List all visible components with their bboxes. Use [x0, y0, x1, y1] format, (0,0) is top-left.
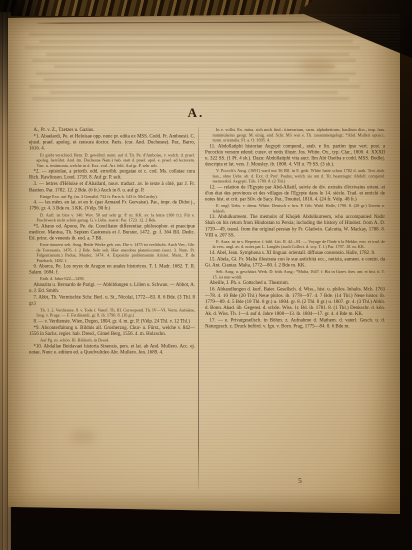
section-heading: A.: [0, 105, 392, 121]
note-paragraph: In e. vollst. Ex. müss. sich noch find.:…: [213, 127, 386, 143]
entry-paragraph: 4. — les mêm. en lat. et en fr. (par Arm…: [29, 200, 195, 212]
note-paragraph: Enth. d. Jahre 622—1458.: [37, 276, 196, 281]
entry-paragraph: 15. Abela, Gi. Fr. Malta illustrata con …: [205, 257, 385, 269]
entry-paragraph: *2. — epistolae, a priorib. edd. errorib…: [29, 169, 195, 181]
column-divider-rule: [198, 127, 199, 489]
entry-paragraph: Abeille, J. Ph. s. Gottsched u. Theatrum…: [205, 280, 385, 286]
paper-stain: [300, 58, 334, 74]
note-paragraph: Erste äusserst selt. Ausg. Beide Werke g…: [37, 242, 196, 263]
note-paragraph: V. Pocock's Ausg. (1691) ward nur 36 Bll…: [213, 168, 386, 184]
note-paragraph: D. Aufl. ist blos v. 140. Wov. 50 auf se…: [37, 212, 196, 223]
entry-paragraph: 14. Abel, Jean. Symphona s. XI linguar. …: [205, 250, 385, 256]
entry-paragraph: 7. Abbt, Th. Vermischte Schr. Berl. u. S…: [29, 295, 195, 307]
entry-paragraph: *1. Abaelardi, Pe. et Heloisae opp. nunc…: [29, 134, 195, 152]
entry-paragraph: A., Pr. v. Z., Tzetzes u. Gazius.: [29, 127, 195, 133]
entry-paragraph: *5. Abano od. Apono, Pe. de. Conciliator…: [29, 223, 195, 241]
entry-paragraph: 6. Abarca, Pe. Los reyes de Aragon en an…: [29, 264, 195, 276]
note-paragraph: Th. 1. 2. Verdienste. 8. v. Tode f. Vate…: [37, 307, 196, 318]
entry-paragraph: 12. — relation de l'Egypte par Abd-Allat…: [205, 184, 385, 202]
note-paragraph: E. engl. Uebs. v. dems. White. Deutsch v…: [213, 203, 386, 214]
signature-mark: 5: [292, 477, 308, 485]
entry-paragraph: 17. — e. Privatgesellsch. in Böhm. z. Au…: [205, 318, 385, 330]
book-photo: A. A., Pr. v. Z., Tzetzes u. Gazius.*1. …: [0, 0, 412, 550]
entry-paragraph: Abauzita u. Bernardo de Parigi. — Abbild…: [29, 282, 195, 294]
note-paragraph: Einige Exx. auf Pg. (m. 2 Gemäld. 732 fr…: [37, 194, 196, 199]
entry-paragraph: 16. Abhandlungen d. kurf. Baier. Gesells…: [205, 287, 385, 317]
entry-paragraph: *9. Abconterfaitung u. Bildnis all. Gros…: [29, 325, 195, 337]
note-paragraph: Selt. Ausg. u. geschätzt. Werk. D. früh.…: [213, 269, 386, 280]
entry-paragraph: 3. — lettres d'Héloise et d'Abailard, no…: [29, 181, 195, 193]
note-paragraph: E. Ausz. ist in s. Repertor. f. bibl. Li…: [213, 239, 386, 250]
entry-paragraph: 8. — v. Verdienste. Wien, Degen, 1804. g…: [29, 318, 195, 324]
text-column-right-content: In e. vollst. Ex. müss. sich noch find.:…: [205, 127, 385, 330]
entry-paragraph: 11. Abdollatiphi historiae Aegypti compe…: [205, 143, 385, 167]
entry-paragraph: *10. Abdallae Beidavaei historia Sinensi…: [29, 343, 195, 355]
note-paragraph: Auf Pg. m. schön. Ill. Biblioth. in Dres…: [37, 338, 196, 343]
text-column-left-content: A., Pr. v. Z., Tzetzes u. Gazius.*1. Aba…: [29, 127, 195, 355]
entry-paragraph: 13. Abdulkurreem. The memoirs of Khojeh …: [205, 214, 385, 238]
note-paragraph: Er giebt verschied. Bem. D. gewöhnl. nen…: [37, 152, 196, 168]
text-column-right: In e. vollst. Ex. müss. sich noch find.:…: [205, 127, 385, 499]
text-column-left: A., Pr. v. Z., Tzetzes u. Gazius.*1. Aba…: [29, 127, 195, 499]
